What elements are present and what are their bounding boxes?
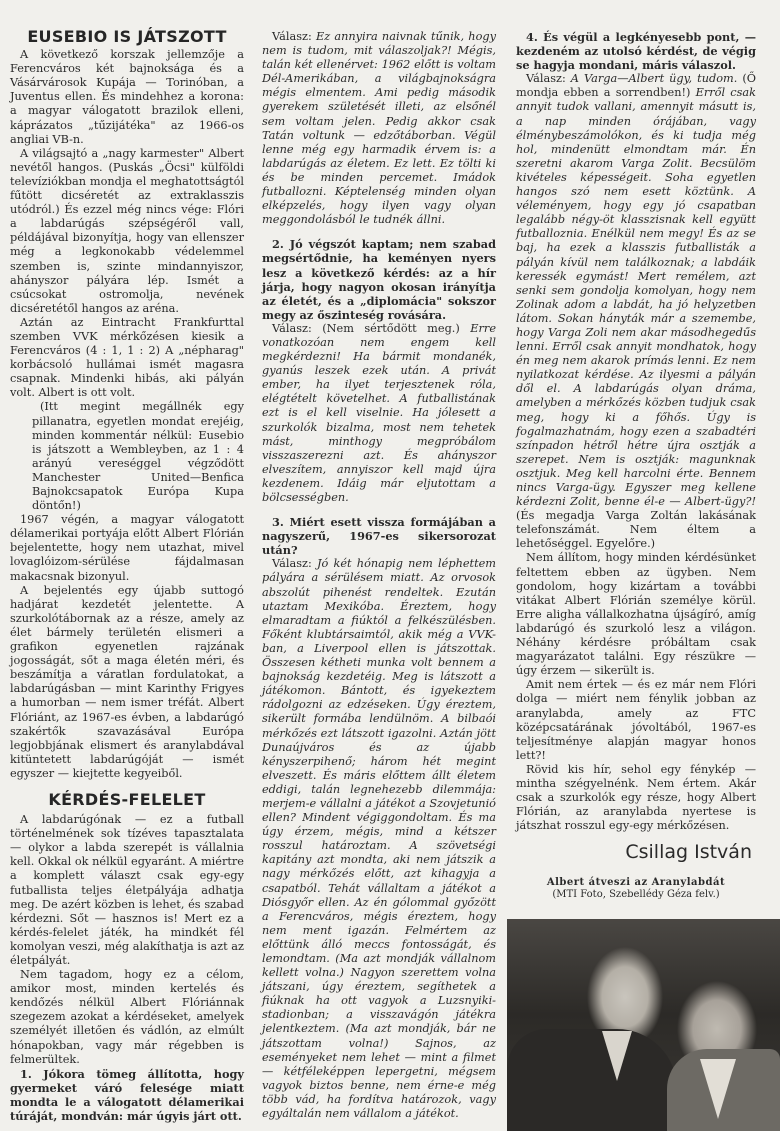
question-4: 4. És végül a legkényesebb pont, — kezde… (516, 30, 756, 72)
closing-paragraph: Amit nem értek — és ez már nem Flóri dol… (516, 678, 756, 763)
aside-paragraph: (Itt megint megállnék egy pillanatra, eg… (32, 400, 244, 513)
question-1: 1. Jókora tömeg állította, hogy gyermeke… (10, 1067, 244, 1123)
question-2: 2. Jó végszót kaptam; nem szabad megsért… (262, 237, 496, 322)
answer-label: Válasz: (272, 322, 312, 335)
answer-label: Válasz: (272, 557, 312, 570)
paragraph: A világsajtó a „nagy karmester" Albert n… (10, 147, 244, 316)
paragraph: Aztán az Eintracht Frankfurttal szemben … (10, 316, 244, 401)
answer-segment: A Varga—Albert ügy, tudom. (571, 72, 738, 85)
answer-segment: (És megadja Varga Zoltán lakásának telef… (516, 509, 756, 550)
section-title-kerdes-felelet: KÉRDÉS-FELELET (10, 793, 244, 807)
photo-albert-golden-ball (507, 919, 780, 1131)
section-title-eusebio: EUSEBIO IS JÁTSZOTT (10, 0, 244, 44)
answer-prefix: (Nem sértődött meg.) (322, 322, 460, 335)
answer-3: Válasz: Jó két hónapig nem léphettem pál… (262, 557, 496, 1121)
answer-label: Válasz: (272, 30, 312, 43)
closing-paragraph: Nem állítom, hogy minden kérdésünket fel… (516, 551, 756, 678)
paragraph: A következő korszak jellemzője a Ferencv… (10, 48, 244, 147)
answer-2: Válasz: (Nem sértődött meg.) Erre vonatk… (262, 322, 496, 505)
column-1: EUSEBIO IS JÁTSZOTT A következő korszak … (10, 0, 244, 1123)
column-2: Válasz: Ez annyira naivnak tűnik, hogy n… (262, 0, 496, 1121)
paragraph: A labdarúgónak — ez a futball történelmé… (10, 813, 244, 968)
photo-caption: Albert átveszi az Aranylabdát (MTI Foto,… (516, 877, 756, 901)
paragraph: 1967 végén, a magyar válogatott délameri… (10, 513, 244, 583)
answer-text: Ez annyira naivnak tűnik, hogy nem is tu… (262, 30, 496, 226)
answer-1: Válasz: Ez annyira naivnak tűnik, hogy n… (262, 30, 496, 227)
answer-text: Erre vonatkozóan nem engem kell megkérde… (262, 322, 496, 504)
photo-figure-left (507, 1029, 677, 1131)
column-3: 4. És végül a legkényesebb pont, — kezde… (516, 0, 756, 901)
photo-caption-title: Albert átveszi az Aranylabdát (516, 877, 756, 889)
paragraph: A bejelentés egy újabb suttogó hadjárat … (10, 584, 244, 781)
closing-paragraph: Rövid kis hír, sehol egy fénykép — minth… (516, 763, 756, 833)
answer-label: Válasz: (526, 72, 566, 85)
paragraph: Nem tagadom, hogy ez a célom, amikor mos… (10, 968, 244, 1067)
author-signature: Csillag István (516, 845, 752, 859)
answer-4: Válasz: A Varga—Albert ügy, tudom. (Ő mo… (516, 72, 756, 551)
question-3: 3. Miért esett vissza formájában a nagys… (262, 515, 496, 557)
photo-caption-credit: (MTI Foto, Szebellédy Géza felv.) (552, 889, 719, 900)
answer-segment: Erről csak annyit tudok vallani, amennyi… (516, 86, 756, 508)
answer-text: Jó két hónapig nem léphettem pályára a s… (262, 557, 496, 1120)
